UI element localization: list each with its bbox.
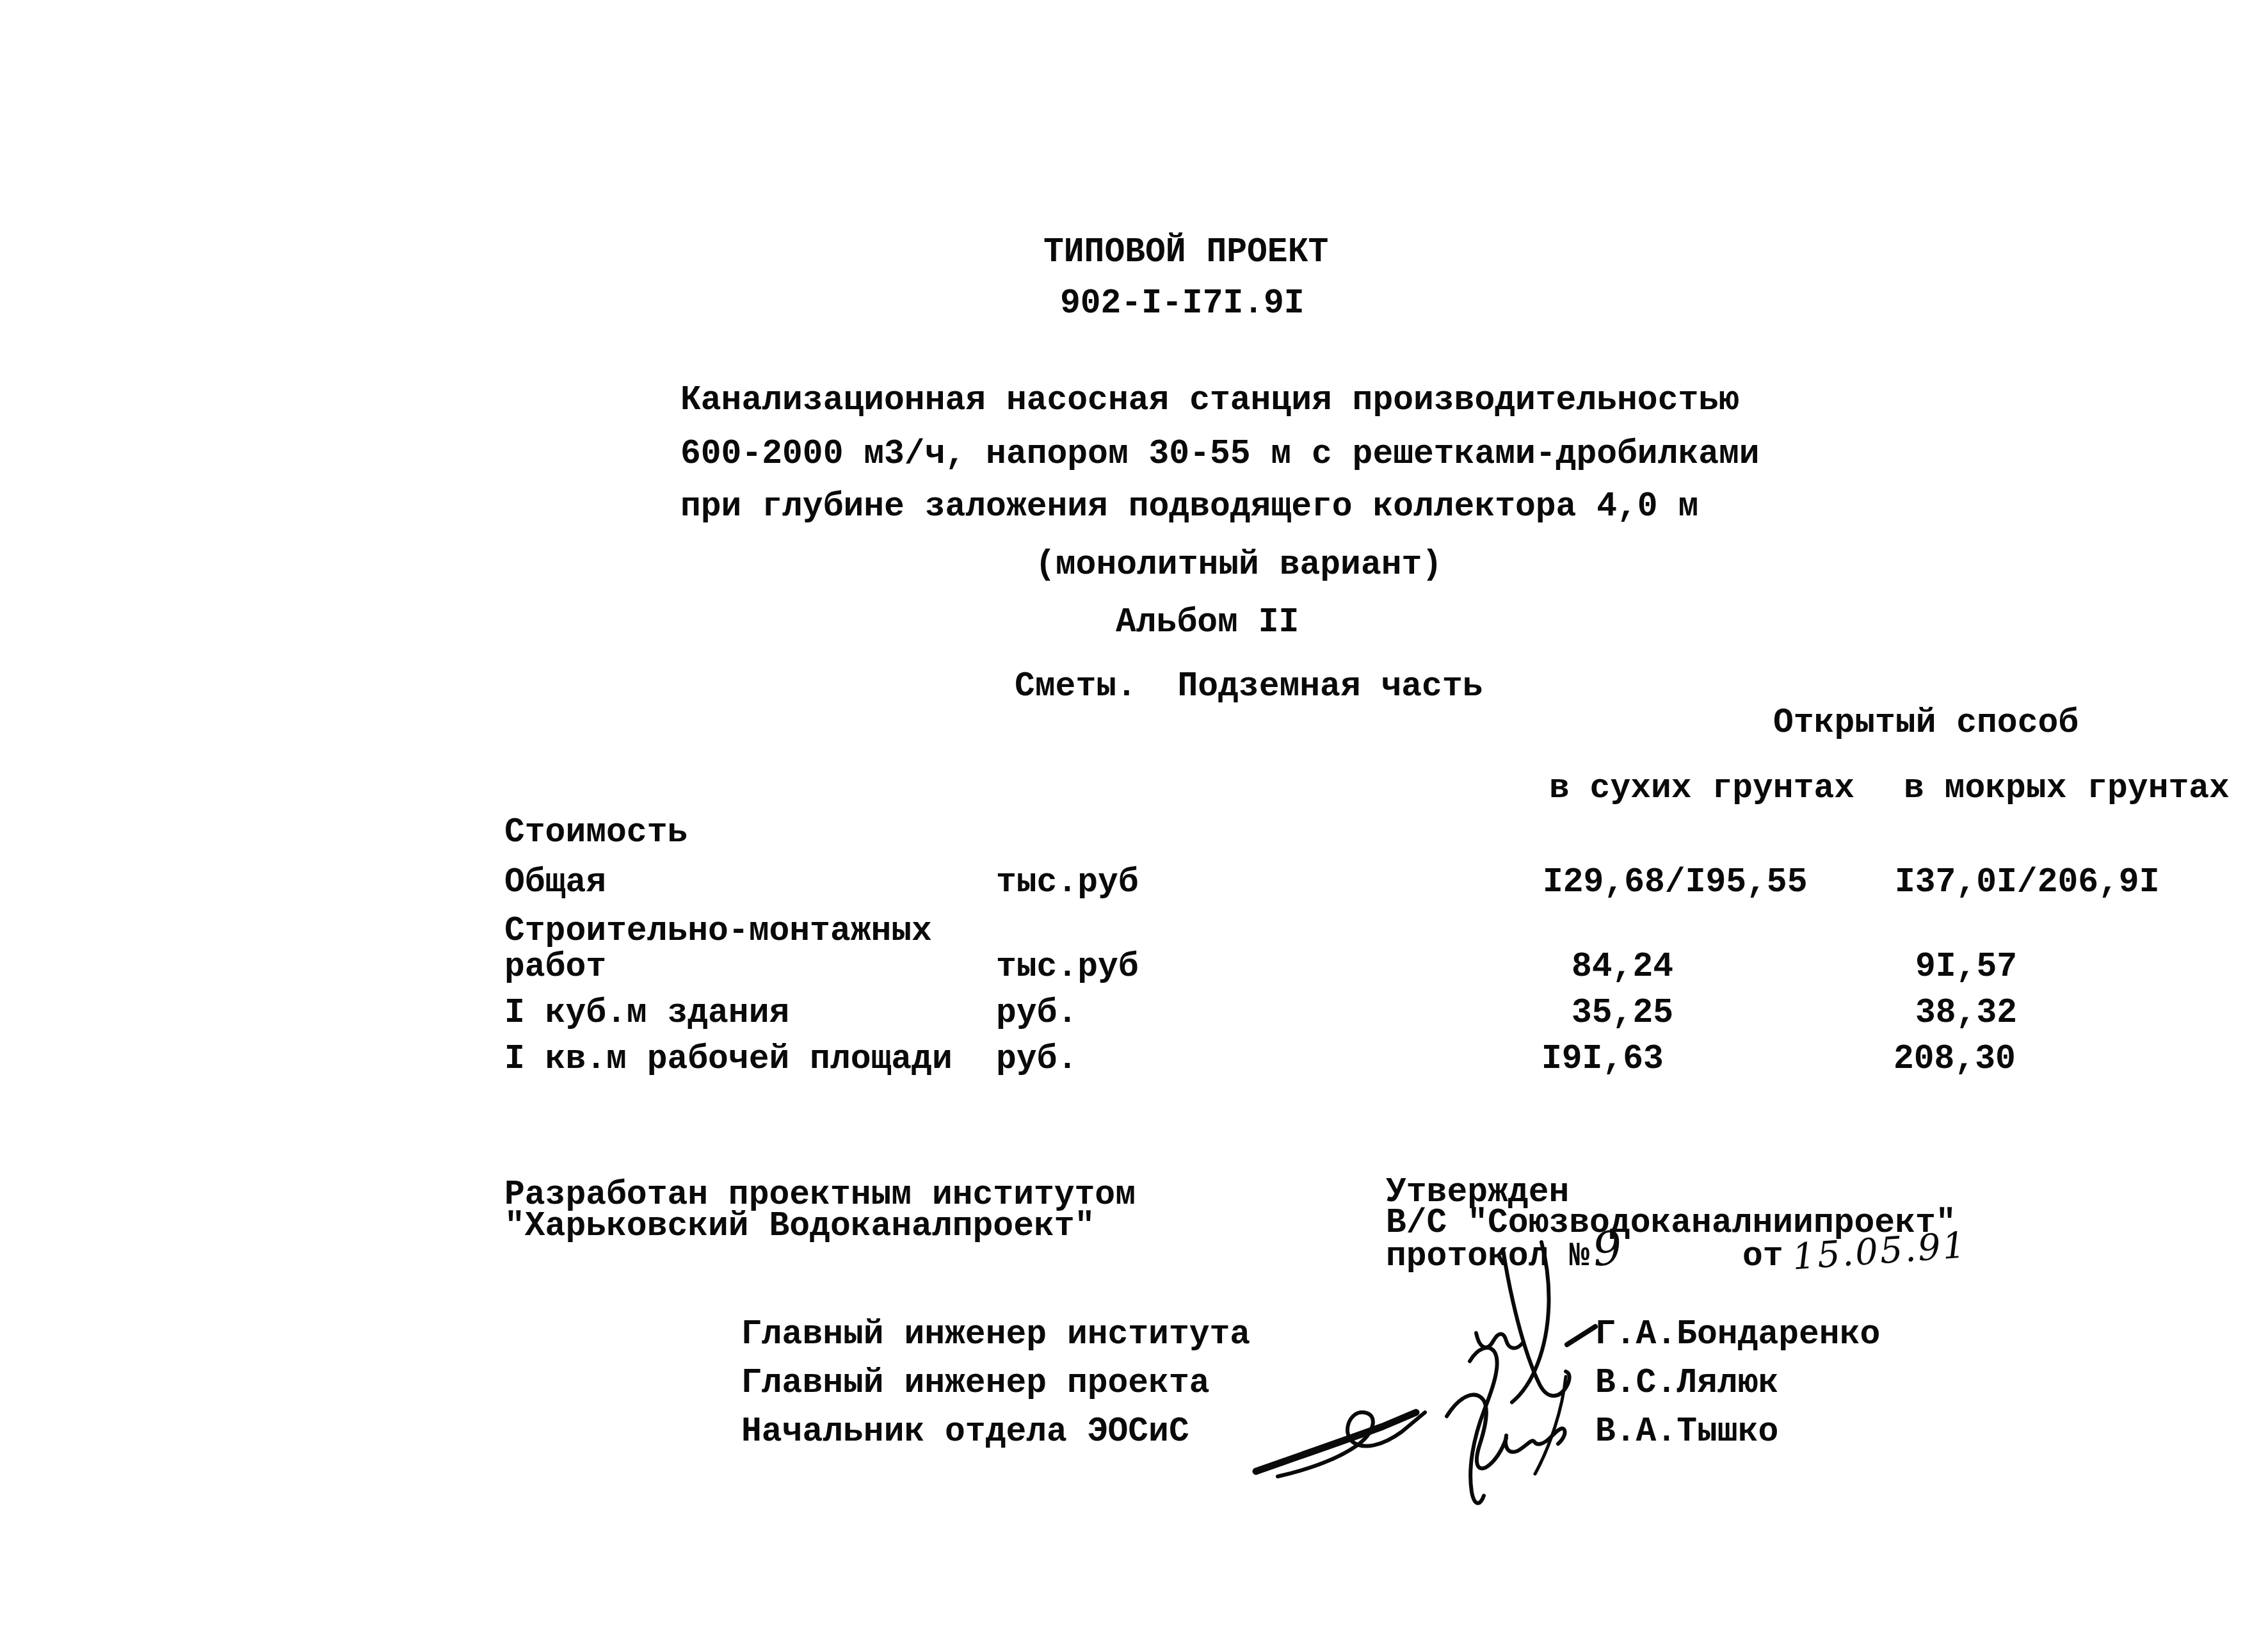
signature-tyshko [1256,1412,1425,1476]
dash-mark [1567,1327,1595,1345]
signature-lyalyuk [1447,1348,1565,1503]
signatures-overlay [0,0,2268,1625]
signature-bondarenko [1476,1242,1570,1474]
scanned-document-page: ТИПОВОЙ ПРОЕКТ 902-I-I7I.9I Канализацион… [0,0,2268,1625]
